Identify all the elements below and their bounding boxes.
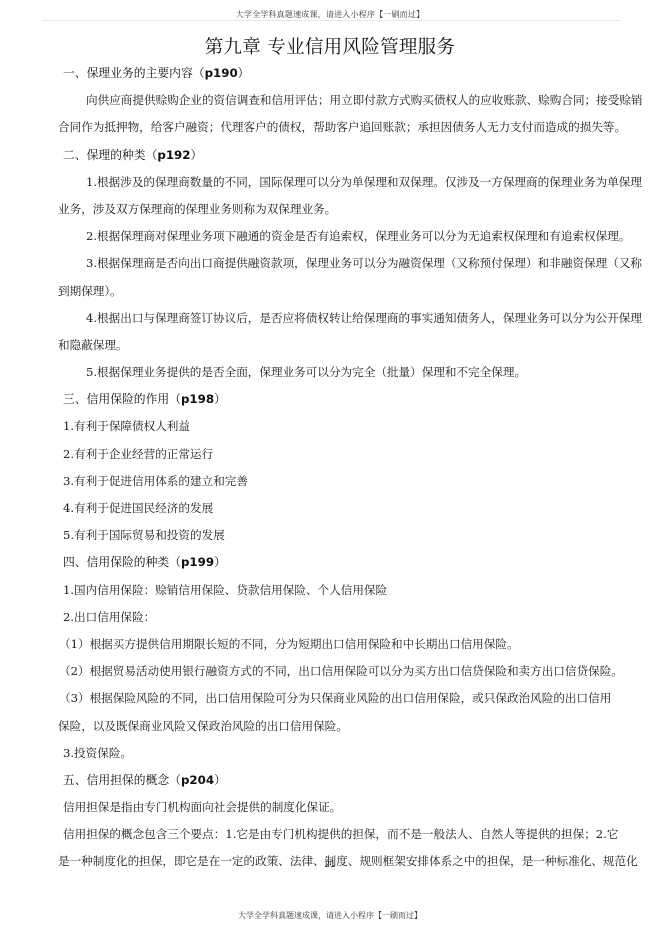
page-footer-promo: 大学全学科真题速成课，请进入小程序【一刷而过】 [0,910,660,921]
paragraph-line: 向供应商提供赊购企业的资信调查和信用评估；用立即付款方式购买债权人的应收账款、赊… [63,93,625,107]
chapter-title: 第九章 专业信用风险管理服务 [0,33,660,59]
paragraph-line: 合同作为抵押物，给客户融资；代理客户的债权，帮助客户追回账款；承担因债务人无力支… [58,120,625,134]
sub-list-item: （3）根据保险风险的不同，出口信用保险可分为只保商业风险的出口信用保险，或只保政… [59,691,625,705]
page-reference: p199 [181,555,214,569]
list-item-continuation: 到期保理）。 [58,284,625,298]
list-item-continuation: 和隐蔽保理。 [58,338,625,352]
paragraph-line: 信用担保的概念包含三个要点：1.它是由专门机构提供的担保，而不是一般法人、自然人… [63,827,625,841]
list-item: 5.有利于国际贸易和投资的发展 [63,528,625,542]
list-item: 2.根据保理商对保理业务项下融通的资金是否有追索权，保理业务可以分为无追索权保理… [63,229,625,243]
list-item: 1.有利于保障债权人利益 [63,419,625,433]
list-item: 3.投资保险。 [63,746,625,760]
sub-list-item: （1）根据买方提供信用期限长短的不同，分为短期出口信用保险和中长期出口信用保险。 [59,637,625,651]
list-item: 4.有利于促进国民经济的发展 [63,501,625,515]
sub-list-item: （2）根据贸易活动使用银行融资方式的不同，出口信用保险可以分为买方出口信贷保险和… [59,664,625,678]
section-heading: 四、信用保险的种类（p199） [63,555,625,569]
header-divider [42,20,620,21]
list-item: 5.根据保理业务提供的是否全面，保理业务可以分为完全（批量）保理和不完全保理。 [63,365,625,379]
list-item: 3.有利于促进信用体系的建立和完善 [63,474,625,488]
section-heading: 三、信用保险的作用（p198） [63,392,625,406]
page-reference: p192 [157,148,190,162]
paragraph-line: 信用担保是指由专门机构面向社会提供的制度化保证。 [63,800,625,814]
section-heading: 五、信用担保的概念（p204） [63,773,625,787]
section-heading: 一、保理业务的主要内容（p190） [63,66,625,80]
document-body: 一、保理业务的主要内容（p190） 向供应商提供赊购企业的资信调查和信用评估；用… [63,66,625,868]
list-item: 4.根据出口与保理商签订协议后，是否应将债权转让给保理商的事实通知债务人，保理业… [63,311,625,325]
sub-list-item-continuation: 保险，以及既保商业风险又保政治风险的出口信用保险。 [58,719,625,733]
list-item: 1.根据涉及的保理商数量的不同，国际保理可以分为单保理和双保理。仅涉及一方保理商… [63,175,625,189]
list-item: 1.国内信用保险：赊销信用保险、贷款信用保险、个人信用保险 [63,583,625,597]
page-header-promo: 大学全学科真题速成课，请进入小程序【一刷而过】 [0,9,660,20]
page-reference: p198 [181,392,214,406]
list-item: 2.有利于企业经营的正常运行 [63,447,625,461]
page-reference: p204 [181,773,214,787]
section-heading: 二、保理的种类（p192） [63,148,625,162]
page-number: 21 [0,860,660,870]
page-reference: p190 [205,66,238,80]
list-item-continuation: 业务，涉及双方保理商的保理业务则称为双保理业务。 [58,202,625,216]
list-item: 2.出口信用保险： [63,610,625,624]
list-item: 3.根据保理商是否向出口商提供融资款项，保理业务可以分为融资保理（又称预付保理）… [63,256,625,270]
